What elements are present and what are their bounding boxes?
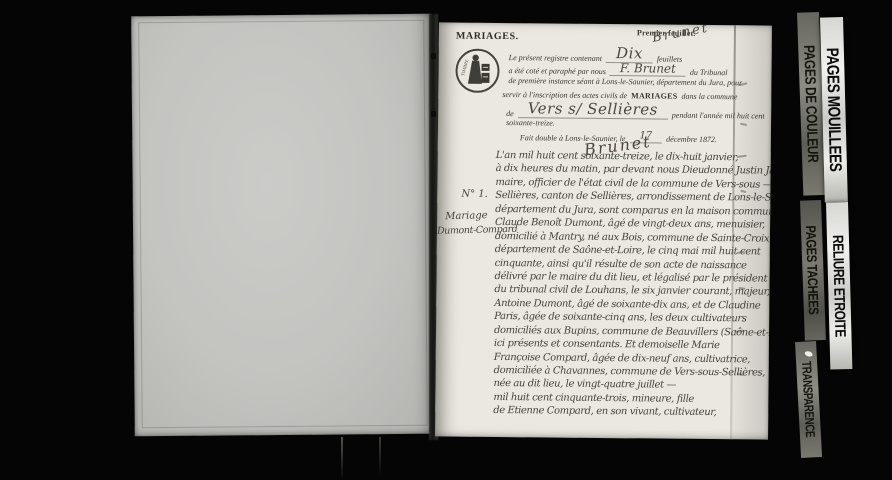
printed-text: soixante-treize. (506, 118, 555, 127)
printed-text: de (506, 109, 514, 118)
printed-text: dans la commune (681, 92, 737, 102)
binding-stitch (431, 53, 436, 59)
bookmark-thread (341, 437, 343, 480)
printed-acts-type: MARIAGES (631, 91, 677, 100)
written-judge-name: F. Brunet (610, 62, 686, 77)
register-page: Premier feuillet. Brunet MARIAGES. TIMBR… (435, 22, 772, 439)
marriage-act-text: L'an mil huit cent soixante-treize, le d… (493, 150, 752, 421)
archival-scan-viewport: Premier feuillet. Brunet MARIAGES. TIMBR… (0, 0, 892, 480)
flag-label: PAGES MOUILLEES (822, 48, 845, 172)
preamble-line-6: soixante-treize. (506, 118, 555, 127)
page-inner-edge-line (138, 20, 428, 428)
flag-reliure-etroite: RELIURE ETROITE (826, 202, 852, 370)
printed-text: de première instance séant à Lons-le-Sau… (508, 76, 742, 87)
act-number-note: N° 1. (461, 189, 488, 200)
stamp-rim-text: TIMBRE (460, 58, 469, 76)
act-type-note: Mariage (445, 210, 488, 222)
reflection-speck (804, 350, 813, 357)
written-commune-name: Vers s/ Sellières (518, 101, 668, 119)
judge-signature-top: Brunet (651, 22, 710, 45)
printed-text: a été coté et paraphé par nous (508, 66, 605, 76)
flag-label: PAGES DE COULEUR (801, 45, 822, 163)
flag-pages-mouillees: PAGES MOUILLEES (820, 17, 848, 203)
fore-edge-shading (732, 25, 772, 439)
printed-text: décembre 1872. (666, 135, 717, 144)
flag-transparence: TRANSPARENCE (795, 341, 822, 458)
timbre-stamp-icon: TIMBRE (454, 46, 500, 96)
left-blank-page (131, 14, 435, 437)
flag-label: TRANSPARENCE (799, 361, 818, 438)
preamble-line-3: de première instance séant à Lons-le-Sau… (508, 76, 742, 87)
page-title: MARIAGES. (456, 31, 519, 43)
bookmark-thread (379, 437, 381, 477)
preamble-line-2: a été coté et paraphé par nous F. Brunet… (508, 61, 727, 77)
flag-label: RELIURE ETROITE (829, 235, 849, 337)
binding-stitch (431, 111, 436, 117)
act-line: de Etienne Compard, en son vivant, culti… (493, 405, 749, 421)
printed-text: du Tribunal (690, 68, 728, 77)
flag-pages-tachees: PAGES TACHEES (800, 200, 826, 341)
flag-label: PAGES TACHEES (803, 226, 822, 315)
